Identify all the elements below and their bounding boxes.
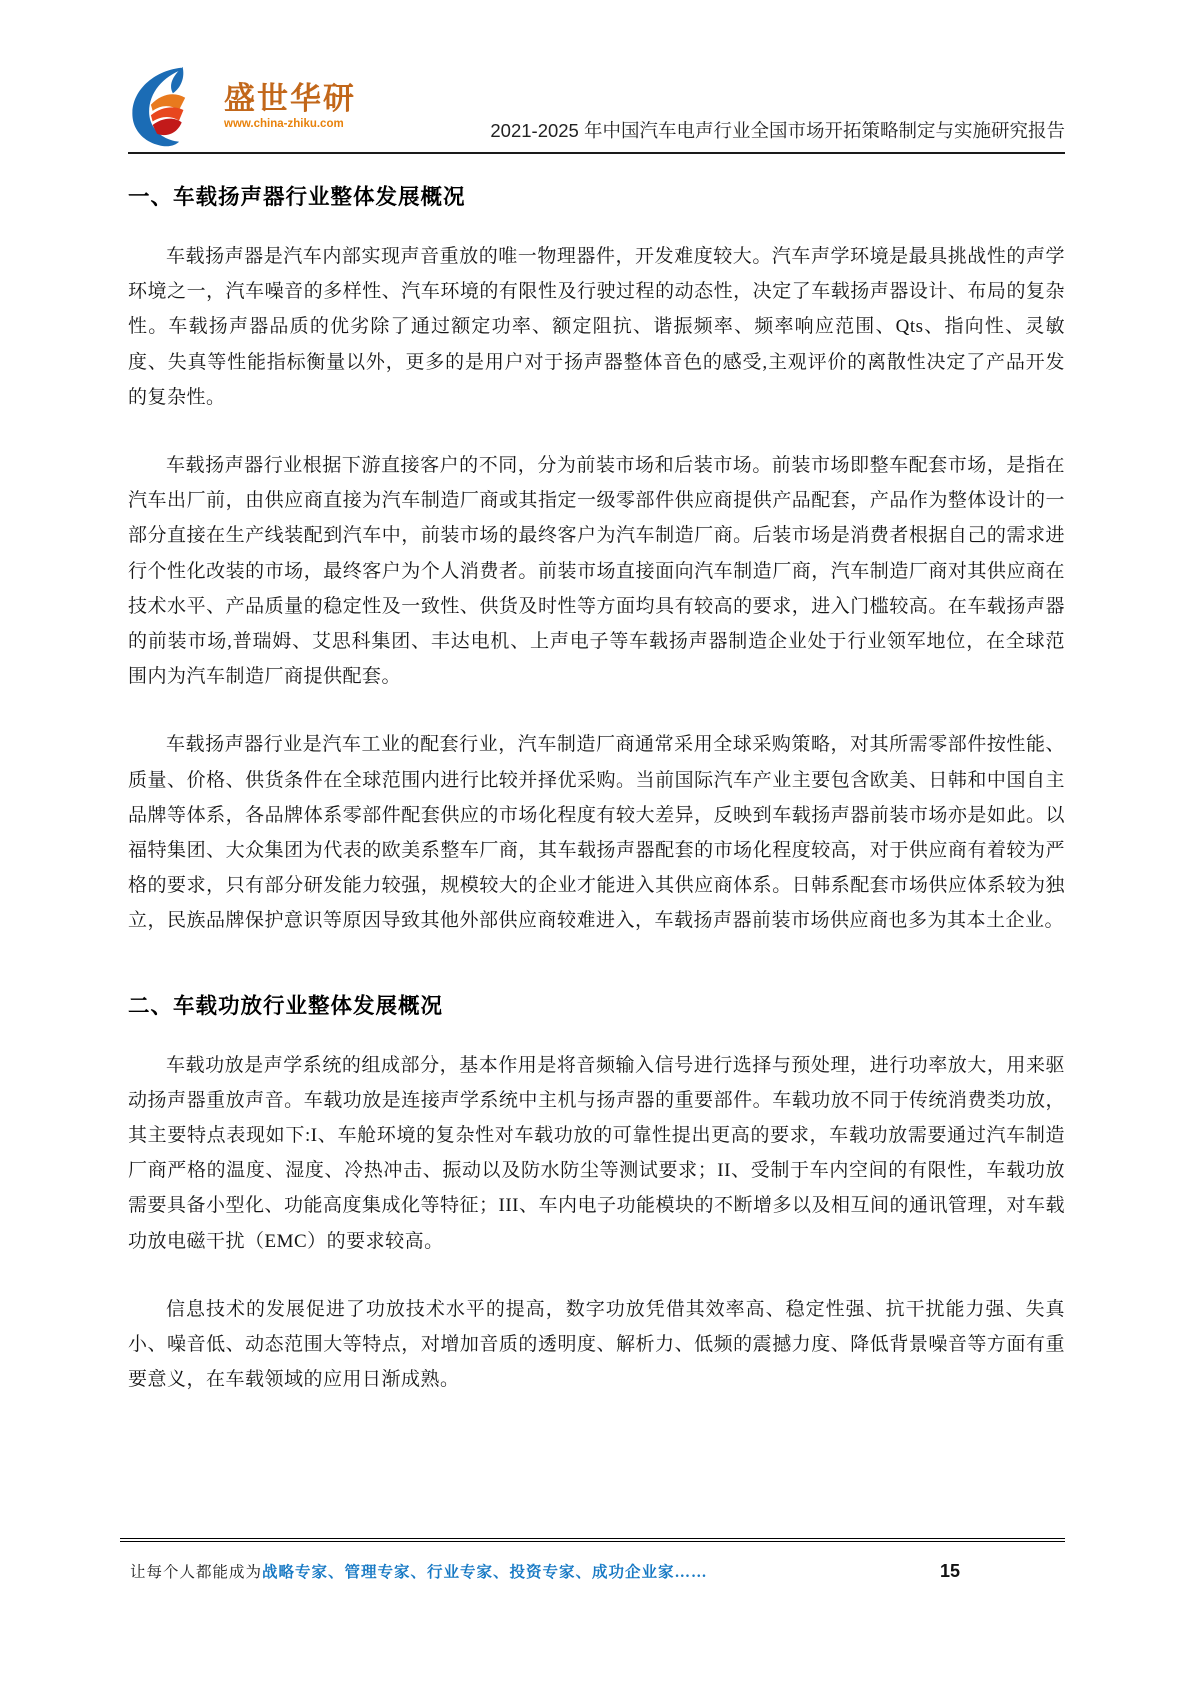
header-row: 盛世华研 www.china-zhiku.com 2021-2025 年中国汽车… [128, 66, 1065, 154]
section-heading-1: 一、车载扬声器行业整体发展概况 [128, 180, 1065, 211]
logo-text: 盛世华研 www.china-zhiku.com [224, 83, 356, 131]
report-page: 盛世华研 www.china-zhiku.com 2021-2025 年中国汽车… [0, 0, 1191, 1684]
paragraph: 车载扬声器行业是汽车工业的配套行业，汽车制造厂商通常采用全球采购策略，对其所需零… [128, 727, 1065, 938]
section-heading-2: 二、车载功放行业整体发展概况 [128, 989, 1065, 1020]
footer-slogan: 让每个人都能成为战略专家、管理专家、行业专家、投资专家、成功企业家…… [130, 1560, 708, 1582]
paragraph: 车载扬声器是汽车内部实现声音重放的唯一物理器件，开发难度较大。汽车声学环境是最具… [128, 239, 1065, 415]
page-header: 盛世华研 www.china-zhiku.com 2021-2025 年中国汽车… [0, 0, 1191, 154]
logo-book-swoosh-icon [128, 66, 216, 147]
report-body: 一、车载扬声器行业整体发展概况 车载扬声器是汽车内部实现声音重放的唯一物理器件，… [0, 154, 1191, 1397]
brand-name: 盛世华研 [224, 83, 356, 116]
brand-url: www.china-zhiku.com [224, 118, 356, 130]
footer-divider [120, 1538, 1065, 1542]
company-logo: 盛世华研 www.china-zhiku.com [128, 66, 356, 147]
footer-slogan-highlight: 战略专家、管理专家、行业专家、投资专家、成功企业家…… [262, 1564, 708, 1581]
paragraph: 车载功放是声学系统的组成部分，基本作用是将音频输入信号进行选择与预处理，进行功率… [128, 1048, 1065, 1259]
report-title: 2021-2025 年中国汽车电声行业全国市场开拓策略制定与实施研究报告 [490, 117, 1065, 147]
footer-slogan-prefix: 让每个人都能成为 [130, 1564, 262, 1581]
page-footer: 让每个人都能成为战略专家、管理专家、行业专家、投资专家、成功企业家…… 15 [120, 1538, 1065, 1582]
footer-row: 让每个人都能成为战略专家、管理专家、行业专家、投资专家、成功企业家…… 15 [120, 1560, 1065, 1582]
page-number: 15 [940, 1561, 960, 1582]
paragraph: 信息技术的发展促进了功放技术水平的提高，数字功放凭借其效率高、稳定性强、抗干扰能… [128, 1292, 1065, 1398]
paragraph: 车载扬声器行业根据下游直接客户的不同，分为前装市场和后装市场。前装市场即整车配套… [128, 448, 1065, 694]
